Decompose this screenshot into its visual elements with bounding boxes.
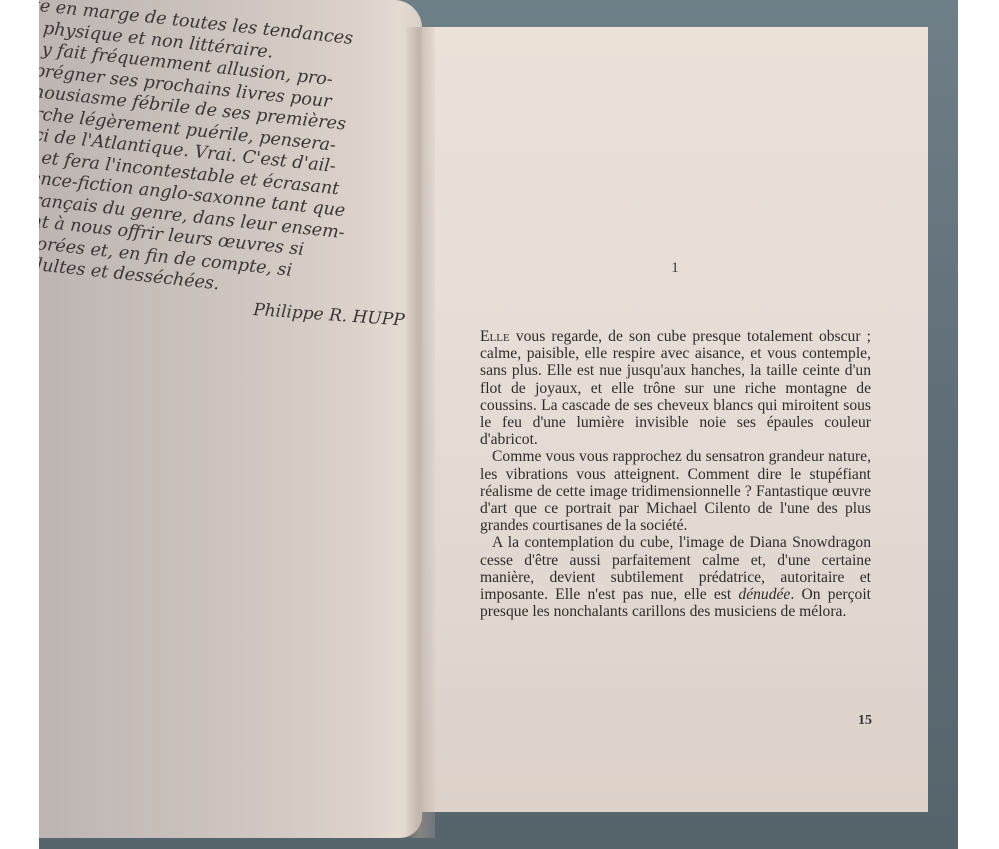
paragraph-text: vous regarde, de son cube presque totale… xyxy=(480,328,871,448)
paragraph-text: Comme vous vous rapprochez du sensatron … xyxy=(480,448,871,534)
right-book-page: 1 Elle vous regarde, de son cube presque… xyxy=(422,27,928,812)
opening-smallcaps: Elle xyxy=(480,328,510,345)
paragraph-1: Elle vous regarde, de son cube presque t… xyxy=(480,328,871,448)
paragraph-3: A la contemplation du cube, l'image de D… xyxy=(480,534,871,620)
book-gutter-shadow xyxy=(405,27,435,838)
chapter-number: 1 xyxy=(422,260,928,277)
left-book-page: ste en marge de toutes les tendances st … xyxy=(39,0,422,838)
left-page-text: ste en marge de toutes les tendances st … xyxy=(39,0,412,313)
paragraph-2: Comme vous vous rapprochez du sensatron … xyxy=(480,448,871,534)
chapter-body: Elle vous regarde, de son cube presque t… xyxy=(480,328,871,620)
italic-word: dénudée xyxy=(738,586,790,603)
page-number: 15 xyxy=(858,713,872,729)
